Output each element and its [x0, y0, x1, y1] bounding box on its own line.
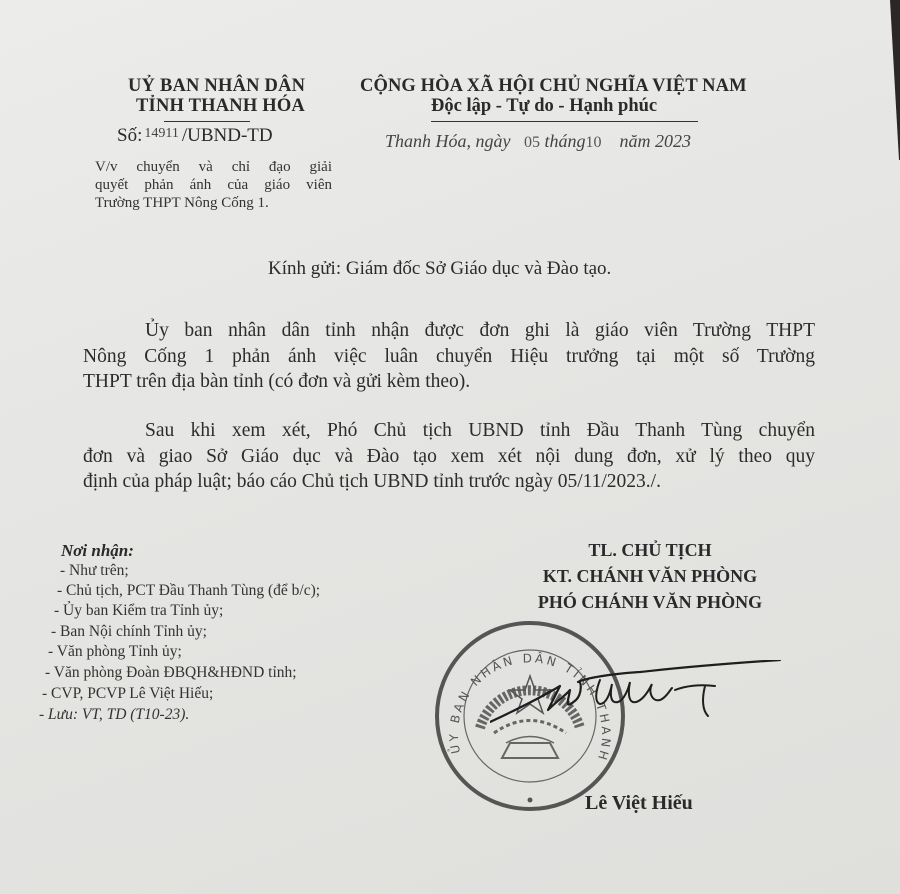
doc-code: /UBND-TD [182, 125, 273, 146]
document-subject: V/v chuyển và chỉ đạo giải quyết phản án… [95, 158, 332, 212]
date-year: năm 2023 [620, 131, 692, 151]
date-place: Thanh Hóa, ngày [385, 131, 511, 151]
recipient-item: - Lưu: VT, TD (T10-23). [39, 706, 189, 724]
signer-name: Lê Việt Hiếu [585, 792, 693, 815]
national-motto: Độc lập - Tự do - Hạnh phúc [431, 96, 657, 117]
organization-name: UỶ BAN NHÂN DÂN [128, 76, 305, 97]
paragraph-line: Ủy ban nhân dân tỉnh nhận được đơn ghi l… [83, 318, 815, 344]
date-line: Thanh Hóa, ngày 05 tháng10 năm 2023 [385, 131, 691, 152]
recipient-item: - Ban Nội chính Tỉnh ủy; [51, 623, 207, 641]
recipient-item: - Văn phòng Tỉnh ủy; [48, 643, 182, 661]
body-paragraph-2: Sau khi xem xét, Phó Chủ tịch UBND tỉnh … [83, 418, 815, 495]
recipient-item: - Văn phòng Đoàn ĐBQH&HĐND tỉnh; [45, 664, 297, 682]
signature-title-line: PHÓ CHÁNH VĂN PHÒNG [490, 592, 810, 613]
paragraph-line: định của pháp luật; báo cáo Chủ tịch UBN… [83, 469, 815, 495]
paragraph-line: Nông Cống 1 phản ánh việc luân chuyển Hi… [83, 344, 815, 370]
subject-line: V/v chuyển và chỉ đạo giải [95, 158, 332, 176]
handwritten-signature [490, 660, 790, 750]
paragraph-line: Sau khi xem xét, Phó Chủ tịch UBND tỉnh … [83, 418, 815, 444]
doc-number-value: 14911 [144, 126, 178, 141]
date-month-label: tháng [545, 131, 586, 151]
paragraph-line: đơn và giao Sở Giáo dục và Đào tạo xem x… [83, 444, 815, 470]
recipients-title: Nơi nhận: [61, 541, 134, 561]
national-title: CỘNG HÒA XÃ HỘI CHỦ NGHĨA VIỆT NAM [360, 76, 747, 97]
recipient-item: - Ủy ban Kiểm tra Tỉnh ủy; [54, 602, 223, 620]
subject-line: Trường THPT Nông Cống 1. [95, 194, 332, 212]
body-paragraph-1: Ủy ban nhân dân tỉnh nhận được đơn ghi l… [83, 318, 815, 395]
signature-title-line: TL. CHỦ TỊCH [490, 540, 810, 561]
document-number: Số:14911/UBND-TD [117, 125, 273, 147]
organization-province: TỈNH THANH HÓA [136, 96, 305, 117]
recipient-item: - Chủ tịch, PCT Đầu Thanh Tùng (để b/c); [57, 582, 320, 600]
signature-title-line: KT. CHÁNH VĂN PHÒNG [490, 566, 810, 587]
doc-number-label: Số: [117, 125, 142, 146]
organization-underline [164, 121, 250, 122]
recipient-item: - Như trên; [60, 562, 129, 580]
date-day: 05 [524, 134, 540, 151]
date-month: 10 [586, 134, 602, 151]
paragraph-line: THPT trên địa bàn tỉnh (có đơn và gửi kè… [83, 369, 815, 395]
recipient-item: - CVP, PCVP Lê Việt Hiếu; [42, 685, 213, 703]
motto-underline [431, 121, 698, 122]
page-edge-shadow [884, 0, 900, 160]
salutation: Kính gửi: Giám đốc Sở Giáo dục và Đào tạ… [268, 258, 611, 280]
subject-line: quyết phản ánh của giáo viên [95, 176, 332, 194]
